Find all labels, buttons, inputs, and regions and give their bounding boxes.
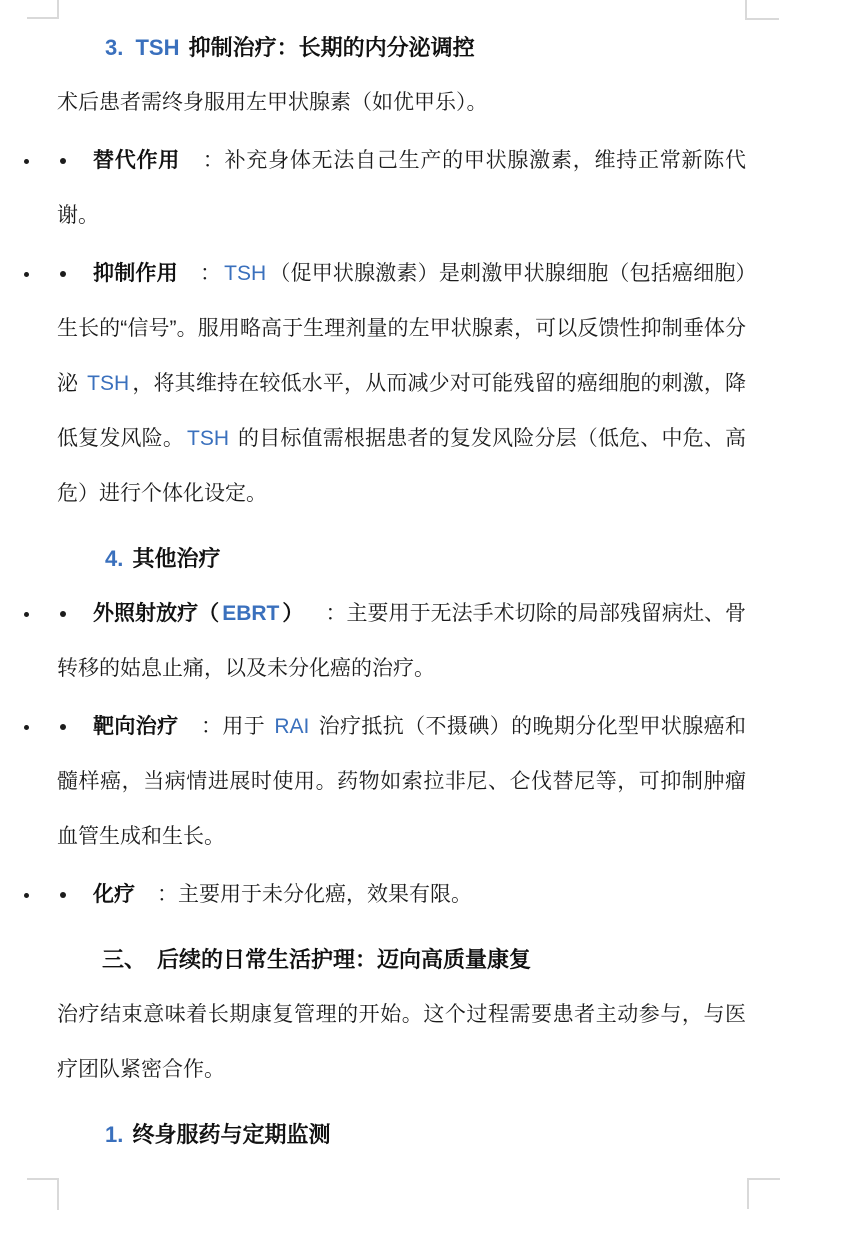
section-heading-tsh-suppression: 3. TSH 抑制治疗：长期的内分泌调控 [57, 20, 746, 75]
paragraph-levothyroxine: 术后患者需终身服用左甲状腺素（如优甲乐）。 [57, 75, 746, 130]
list-item-suppression-effect: 抑制作用：TSH（促甲状腺激素）是刺激甲状腺细胞（包括癌细胞）生长的“信号”。服… [57, 246, 746, 521]
list-item-description: ：TSH（促甲状腺激素）是刺激甲状腺细胞（包括癌细胞）生长的“信号”。服用略高于… [57, 262, 746, 505]
list-item-replacement-effect: 替代作用：补充身体无法自己生产的甲状腺激素，维持正常新陈代谢。 [57, 133, 746, 243]
page-margin-mark-bottom-right [747, 1178, 780, 1209]
bullet-icon [60, 271, 66, 277]
bullet-icon [60, 892, 66, 898]
list-item-targeted-therapy: 靶向治疗：用于 RAI 治疗抵抗（不摄碘）的晚期分化型甲状腺癌和髓样癌，当病情进… [57, 699, 746, 864]
paragraph-recovery-management: 治疗结束意味着长期康复管理的开始。这个过程需要患者主动参与，与医疗团队紧密合作。 [57, 987, 746, 1097]
bullet-icon [60, 158, 66, 164]
list-item-term: 靶向治疗 [93, 715, 179, 738]
document-body: 3. TSH 抑制治疗：长期的内分泌调控 术后患者需终身服用左甲状腺素（如优甲乐… [57, 10, 746, 1162]
page-margin-mark-top-right [745, 0, 779, 20]
section-heading-lifelong-medication: 1. 终身服药与定期监测 [57, 1107, 746, 1162]
list-item-ebrt: 外照射放疗（EBRT）：主要用于无法手术切除的局部残留病灶、骨转移的姑息止痛，以… [57, 586, 746, 696]
document-page: 3. TSH 抑制治疗：长期的内分泌调控 术后患者需终身服用左甲状腺素（如优甲乐… [0, 0, 854, 1256]
page-margin-mark-top-left [27, 0, 59, 19]
section-heading-other-treatments: 4. 其他治疗 [57, 531, 746, 586]
list-item-term: 替代作用 [93, 149, 180, 172]
bullet-icon [24, 725, 29, 730]
bullet-icon [24, 272, 29, 277]
list-item-description: ：主要用于未分化癌，效果有限。 [157, 883, 472, 906]
list-item-term: 抑制作用 [93, 262, 178, 285]
bullet-icon [60, 724, 66, 730]
bullet-icon [60, 611, 66, 617]
bullet-icon [24, 159, 29, 164]
bullet-icon [24, 893, 29, 898]
page-margin-mark-bottom-left [27, 1178, 59, 1210]
list-item-term: 外照射放疗（EBRT） [93, 602, 303, 625]
bullet-icon [24, 612, 29, 617]
list-item-term: 化疗 [93, 883, 135, 906]
section-heading-daily-care: 三、 后续的日常生活护理：迈向高质量康复 [57, 932, 746, 987]
list-item-chemotherapy: 化疗：主要用于未分化癌，效果有限。 [57, 867, 746, 922]
